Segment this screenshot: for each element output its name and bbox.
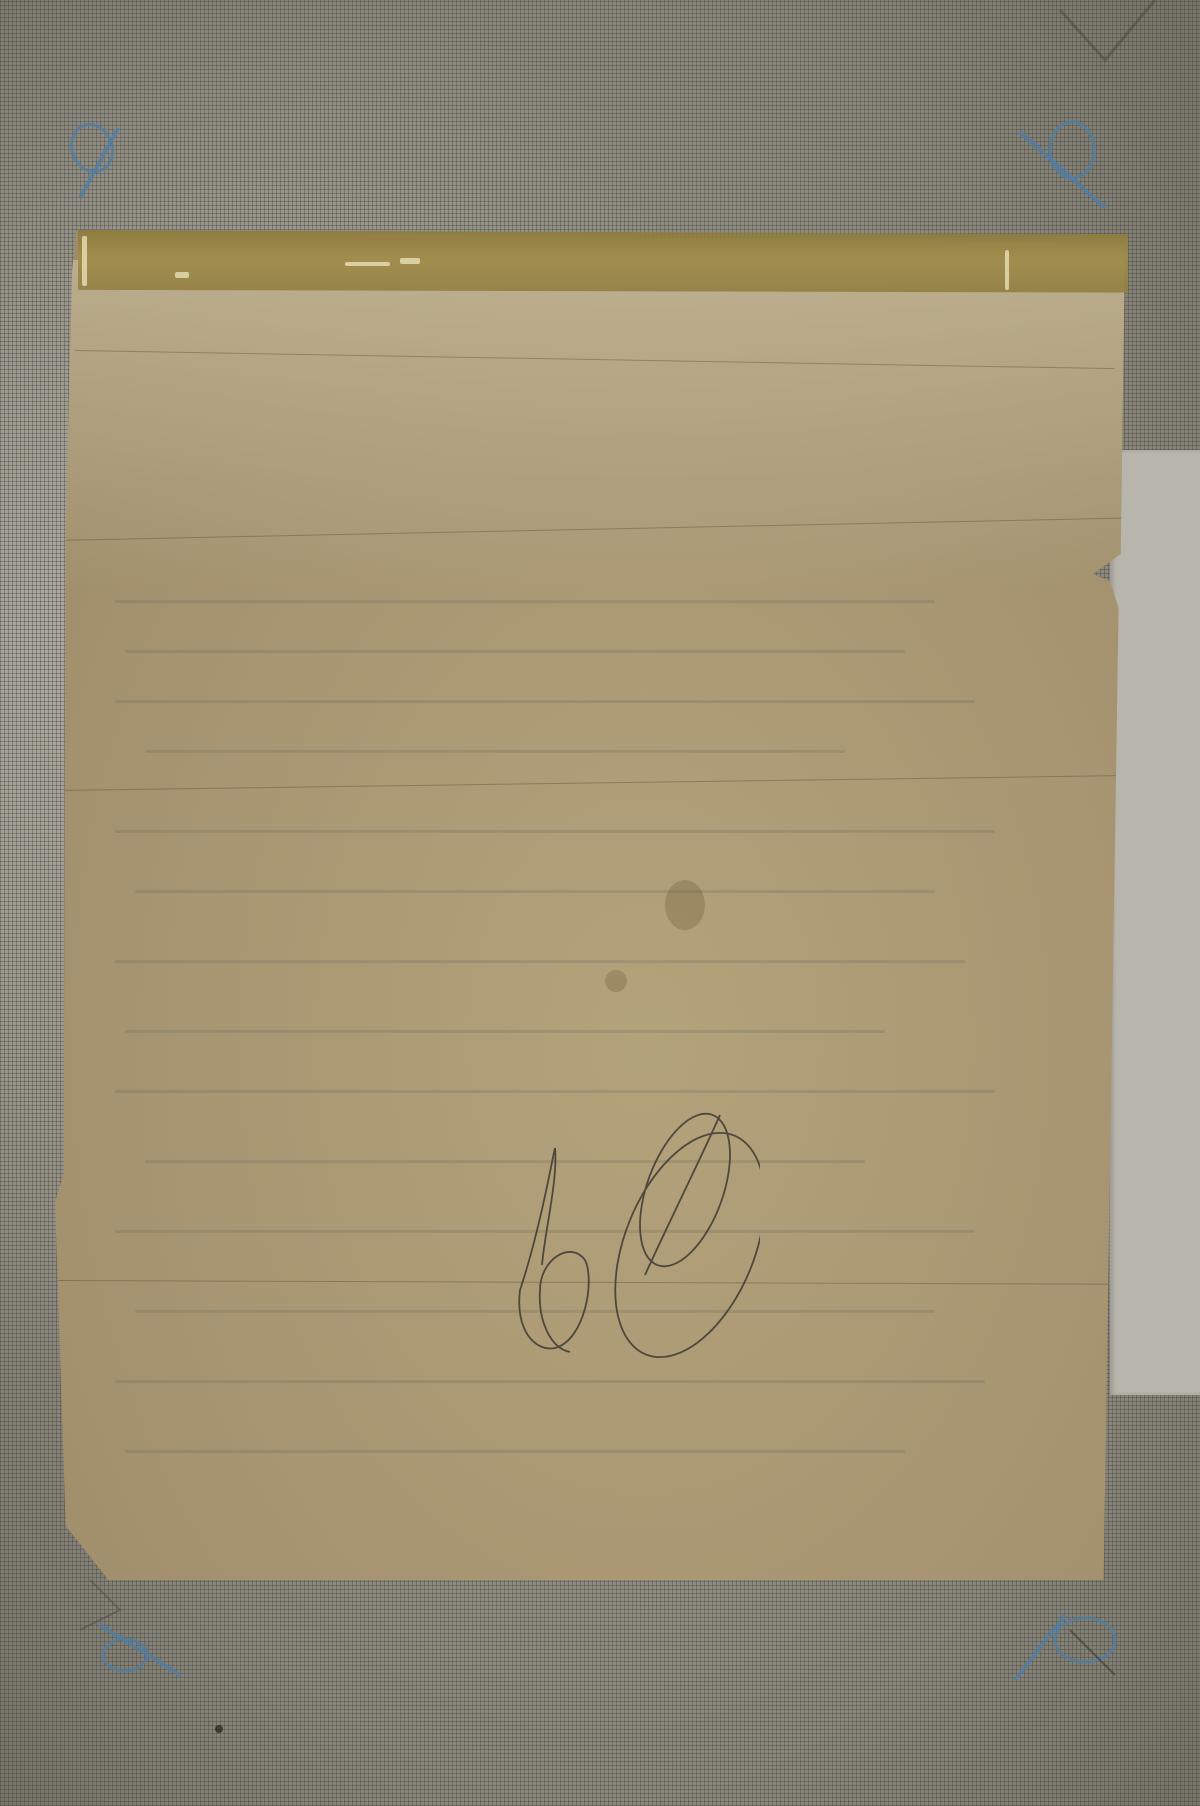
tape-glint	[400, 258, 420, 264]
bleed-through-text-line	[125, 1030, 885, 1033]
tape-glint	[82, 236, 87, 286]
pencil-number-60-drawing-icon	[440, 1090, 760, 1380]
tape-glint	[345, 262, 390, 266]
pencil-page-number: 60	[440, 1090, 760, 1380]
bleed-through-text-line	[115, 600, 935, 603]
tape-glint	[1005, 250, 1009, 290]
crinkled-top-area	[55, 260, 1125, 590]
crease	[55, 775, 1125, 791]
dust-speck	[215, 1725, 223, 1733]
bleed-through-text-line	[115, 830, 995, 833]
bleed-through-text-line	[115, 700, 975, 703]
stain	[605, 970, 627, 992]
corner-mark-top-right-icon	[1010, 100, 1130, 220]
corner-mark-bottom-left-icon	[60, 1570, 200, 1690]
stain	[665, 880, 705, 930]
bleed-through-text-line	[115, 960, 965, 963]
corner-mark-top-left-icon	[40, 100, 150, 210]
bleed-through-text-line	[115, 1380, 985, 1383]
bleed-through-text-line	[135, 890, 935, 893]
corner-mark-bottom-right-icon	[1005, 1585, 1145, 1695]
white-backing-board	[1110, 450, 1200, 1395]
tape-glint	[175, 272, 189, 278]
adhesive-tape-strip	[78, 230, 1128, 298]
bleed-through-text-line	[125, 650, 905, 653]
bleed-through-text-line	[125, 1450, 905, 1453]
bleed-through-text-line	[145, 750, 845, 753]
tick-mark-top-right-icon	[1050, 0, 1160, 80]
